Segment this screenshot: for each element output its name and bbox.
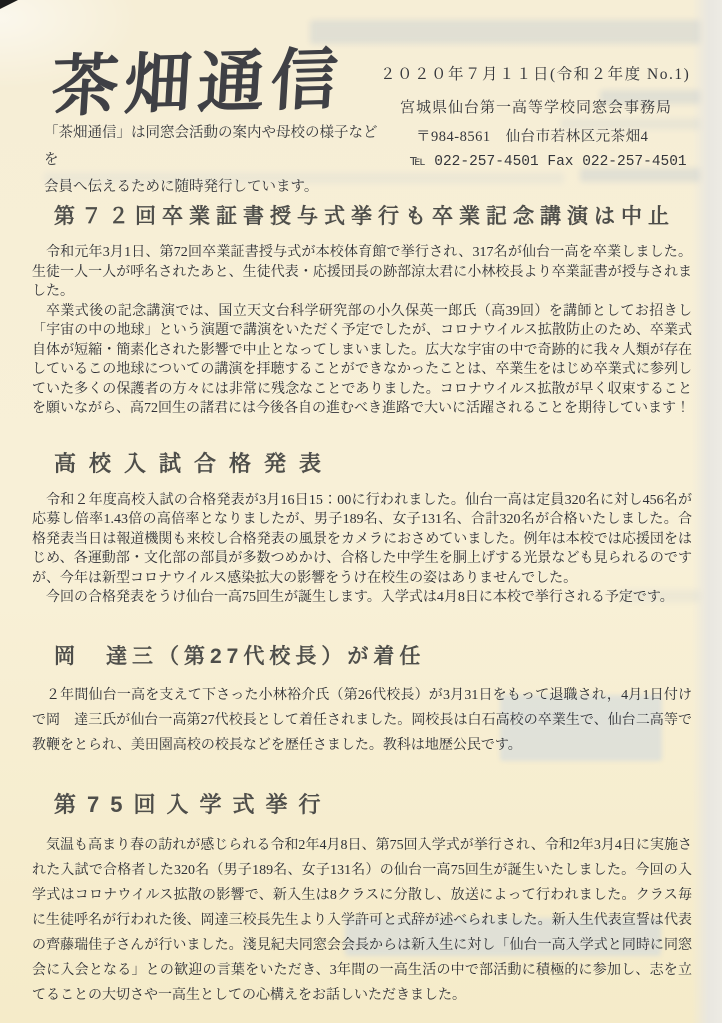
article-headline: 岡 達三（第27代校長）が着任 bbox=[54, 640, 692, 670]
article-graduation-ceremony: 第７２回卒業証書授与式挙行も卒業記念講演は中止 令和元年3月1日、第72回卒業証… bbox=[32, 200, 692, 419]
article-paragraph: 今回の合格発表をうけ仙台一高75回生が誕生します。入学式は4月8日に本校で挙行さ… bbox=[32, 588, 692, 608]
masthead-tagline: 「茶畑通信」は同窓会活動の案内や母校の様子などを 会員へ伝えるために随時発行して… bbox=[44, 120, 389, 201]
article-body: 令和２年度高校入試の合格発表が3月16日15：00に行われました。仙台一高は定員… bbox=[32, 491, 692, 608]
article-paragraph: 令和元年3月1日、第72回卒業証書授与式が本校体育館で挙行され、317名が仙台一… bbox=[32, 243, 692, 302]
article-paragraph: ２年間仙台一高を支えて下さった小林裕介氏（第26代校長）が3月31日をもって退職… bbox=[32, 683, 692, 758]
article-headline: 第75回入学式挙行 bbox=[54, 788, 692, 819]
article-entrance-exam-results: 高校入試合格発表 令和２年度高校入試の合格発表が3月16日15：00に行われまし… bbox=[32, 447, 692, 608]
publisher-name: 宮城県仙台第一高等学校同窓会事務局 bbox=[400, 96, 690, 117]
article-paragraph: 令和２年度高校入試の合格発表が3月16日15：00に行われました。仙台一高は定員… bbox=[32, 491, 692, 589]
article-paragraph: 卒業式後の記念講演では、国立天文台科学研究部の小久保英一郎氏（高39回）を講師と… bbox=[32, 302, 692, 419]
article-paragraph: 気温も高まり春の訪れが感じられる令和2年4月8日、第75回入学式が挙行され、令和… bbox=[32, 833, 692, 1008]
issue-date: ２０２０年７月１１日(令和２年度 No.1) bbox=[380, 62, 690, 84]
article-headline: 高校入試合格発表 bbox=[54, 447, 692, 478]
article-body: 気温も高まり春の訪れが感じられる令和2年4月8日、第75回入学式が挙行され、令和… bbox=[32, 833, 692, 1008]
article-headline: 第７２回卒業証書授与式挙行も卒業記念講演は中止 bbox=[54, 200, 692, 230]
article-list: 第７２回卒業証書授与式挙行も卒業記念講演は中止 令和元年3月1日、第72回卒業証… bbox=[32, 200, 692, 1008]
article-body: ２年間仙台一高を支えて下さった小林裕介氏（第26代校長）が3月31日をもって退職… bbox=[32, 683, 692, 758]
scan-edge-strip bbox=[692, 0, 722, 1023]
publisher-tel-fax: ℡ 022-257-4501 Fax 022-257-4501 bbox=[410, 153, 690, 170]
newsletter-page: 茶畑通信 「茶畑通信」は同窓会活動の案内や母校の様子などを 会員へ伝えるために随… bbox=[0, 0, 722, 1023]
bleedthrough-artifact bbox=[580, 168, 700, 182]
article-new-principal: 岡 達三（第27代校長）が着任 ２年間仙台一高を支えて下さった小林裕介氏（第26… bbox=[32, 640, 692, 758]
publisher-address: 〒984-8561 仙台市若林区元茶畑4 bbox=[416, 125, 690, 146]
scan-corner-mark bbox=[0, 0, 18, 9]
tagline-line-1: 「茶畑通信」は同窓会活動の案内や母校の様子などを bbox=[44, 120, 389, 174]
publisher-block: ２０２０年７月１１日(令和２年度 No.1) 宮城県仙台第一高等学校同窓会事務局… bbox=[380, 62, 690, 170]
article-body: 令和元年3月1日、第72回卒業証書授与式が本校体育館で挙行され、317名が仙台一… bbox=[32, 243, 692, 419]
article-entrance-ceremony: 第75回入学式挙行 気温も高まり春の訪れが感じられる令和2年4月8日、第75回入… bbox=[32, 788, 692, 1008]
masthead-title: 茶畑通信 bbox=[49, 26, 347, 130]
bleedthrough-artifact bbox=[310, 20, 700, 44]
tagline-line-2: 会員へ伝えるために随時発行しています。 bbox=[44, 174, 389, 201]
